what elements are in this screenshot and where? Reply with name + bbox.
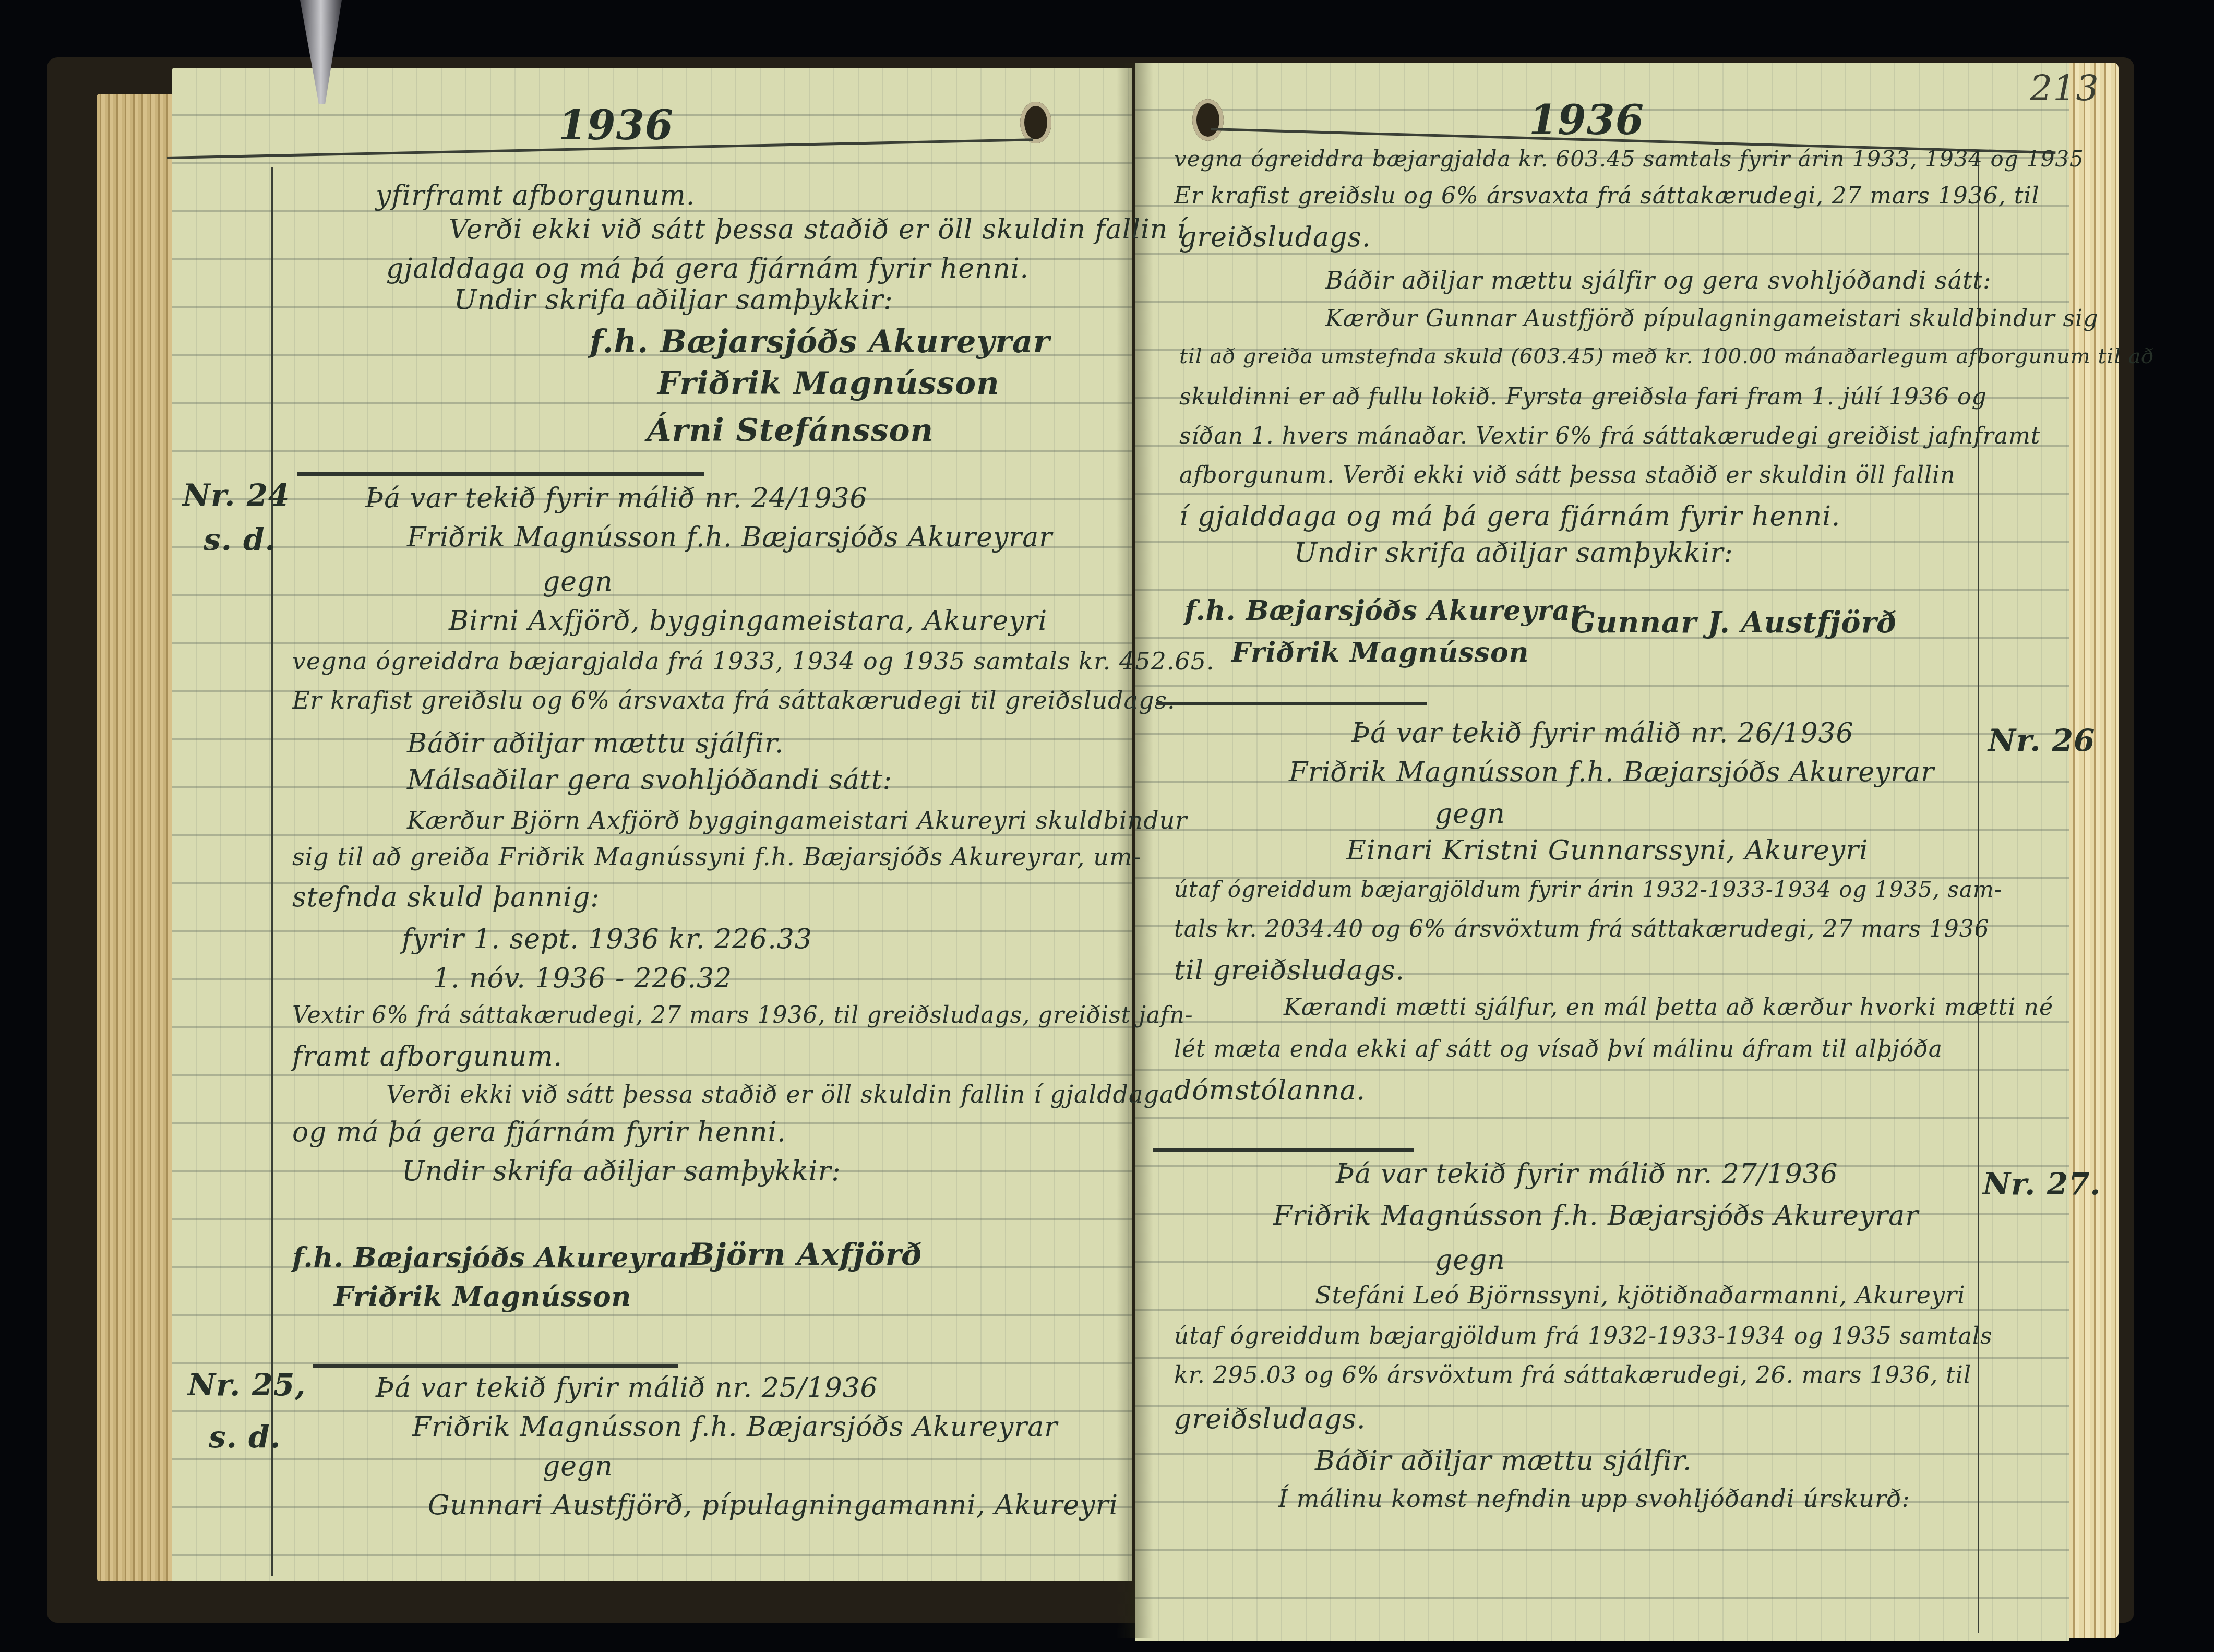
case-defendant: Birni Axfjörð, byggingameistara, Akureyr…: [449, 605, 1047, 637]
margin-same-date: s. d.: [209, 1419, 281, 1455]
case-defendant: Gunnari Austfjörð, pípulagningamanni, Ak…: [428, 1490, 1118, 1521]
right-line: Kærður Gunnar Austfjörð pípulagningameis…: [1325, 305, 2098, 332]
case-plaintiff: Friðrik Magnússon f.h. Bæjarsjóðs Akurey…: [1289, 757, 1934, 788]
case-heading: Þá var tekið fyrir málið nr. 27/1936: [1336, 1158, 1838, 1190]
left-line: Verði ekki við sátt þessa staðið er öll …: [449, 214, 1186, 245]
case-separator: [297, 472, 704, 476]
case-text-line: framt afborgunum.: [292, 1041, 563, 1072]
signature-line: Friðrik Magnússon: [334, 1281, 631, 1313]
right-line: í gjalddaga og má þá gera fjárnám fyrir …: [1179, 501, 1840, 532]
left-year-heading: 1936: [558, 102, 674, 149]
signature-line: Árni Stefánsson: [647, 412, 934, 449]
case-heading: Þá var tekið fyrir málið nr. 25/1936: [376, 1372, 878, 1404]
margin-case-number: Nr. 26: [1988, 723, 2095, 758]
case-text-line: dómstólanna.: [1174, 1075, 1366, 1106]
case-text-line: Verði ekki við sátt þessa staðið er öll …: [386, 1080, 1174, 1108]
gegn-label: gegn: [1435, 798, 1505, 830]
case-text-line: sig til að greiða Friðrik Magnússyni f.h…: [292, 843, 1141, 871]
punch-hole-left: [1020, 102, 1051, 143]
case-text-line: tals kr. 2034.40 og 6% ársvöxtum frá sát…: [1174, 916, 1990, 942]
signature-line: Gunnar J. Austfjörð: [1571, 605, 1897, 640]
case-text-line: stefnda skuld þannig:: [292, 882, 600, 913]
left-page-edges: [97, 94, 175, 1581]
case-defendant: Einari Kristni Gunnarssyni, Akureyri: [1346, 835, 1869, 866]
payment-line: 1. nóv. 1936 - 226.32: [433, 963, 732, 994]
punch-hole-right: [1192, 99, 1224, 141]
margin-case-number: Nr. 25,: [188, 1367, 306, 1403]
signature-line: f.h. Bæjarsjóðs Akureyrar: [590, 324, 1050, 360]
case-text-line: Báðir aðiljar mættu sjálfir.: [1315, 1445, 1692, 1477]
case-text-line: og má þá gera fjárnám fyrir henni.: [292, 1117, 786, 1148]
page-number: 213: [2030, 68, 2099, 109]
case-text-line: útaf ógreiddum bæjargjöldum fyrir árin 1…: [1174, 877, 2002, 902]
case-text-line: til greiðsludags.: [1174, 955, 1405, 986]
case-separator: [1153, 1148, 1414, 1152]
right-line: Báðir aðiljar mættu sjálfir og gera svoh…: [1325, 266, 1992, 294]
case-text-line: Í málinu komst nefndin upp svohljóðandi …: [1278, 1485, 1910, 1513]
right-line: afborgunum. Verði ekki við sátt þessa st…: [1179, 462, 1956, 488]
right-line: til að greiða umstefnda skuld (603.45) m…: [1179, 344, 2155, 368]
margin-case-number: Nr. 27.: [1983, 1166, 2101, 1202]
case-heading: Þá var tekið fyrir málið nr. 26/1936: [1351, 717, 1854, 749]
case-text-line: Kærður Björn Axfjörð byggingameistari Ak…: [407, 806, 1187, 834]
left-line: gjalddaga og má þá gera fjárnám fyrir he…: [386, 253, 1029, 284]
signature-line: f.h. Bæjarsjóðs Akureyrar: [1184, 595, 1585, 627]
case-text-line: útaf ógreiddum bæjargjöldum frá 1932-193…: [1174, 1323, 1993, 1349]
margin-same-date: s. d.: [204, 522, 276, 557]
right-page-edges: [2069, 63, 2119, 1638]
left-line: yfirframt afborgunum.: [376, 180, 695, 211]
case-heading: Þá var tekið fyrir málið nr. 24/1936: [365, 483, 868, 514]
case-text-line: vegna ógreiddra bæjargjalda frá 1933, 19…: [292, 647, 1215, 675]
case-text-line: Kærandi mætti sjálfur, en mál þetta að k…: [1284, 994, 2053, 1021]
right-line: Undir skrifa aðiljar samþykkir:: [1294, 537, 1733, 569]
right-line: síðan 1. hvers mánaðar. Vextir 6% frá sá…: [1179, 423, 2040, 449]
gegn-label: gegn: [543, 566, 613, 597]
right-line: Er krafist greiðslu og 6% ársvaxta frá s…: [1174, 183, 2040, 209]
right-line: skuldinni er að fullu lokið. Fyrsta grei…: [1179, 384, 1987, 410]
left-line: Undir skrifa aðiljar samþykkir:: [454, 284, 893, 316]
signature-line: Friðrik Magnússon: [657, 365, 1000, 402]
case-separator: [313, 1364, 678, 1368]
case-plaintiff: Friðrik Magnússon f.h. Bæjarsjóðs Akurey…: [407, 522, 1052, 553]
case-plaintiff: Friðrik Magnússon f.h. Bæjarsjóðs Akurey…: [412, 1411, 1058, 1443]
case-text-line: Undir skrifa aðiljar samþykkir:: [402, 1156, 841, 1187]
case-text-line: Báðir aðiljar mættu sjálfir.: [407, 728, 784, 759]
right-line: greiðsludags.: [1179, 222, 1371, 253]
case-separator: [1156, 702, 1427, 705]
case-plaintiff: Friðrik Magnússon f.h. Bæjarsjóðs Akurey…: [1273, 1200, 1919, 1231]
case-defendant: Stefáni Leó Björnssyni, kjötiðnaðarmanni…: [1315, 1281, 1966, 1309]
signature-line: Friðrik Magnússon: [1231, 637, 1529, 668]
payment-line: fyrir 1. sept. 1936 kr. 226.33: [402, 924, 812, 955]
case-text-line: greiðsludags.: [1174, 1404, 1366, 1435]
margin-case-number: Nr. 24: [183, 477, 290, 513]
case-text-line: Er krafist greiðslu og 6% ársvaxta frá s…: [292, 686, 1176, 714]
right-year-heading: 1936: [1529, 97, 1644, 144]
signature-line: f.h. Bæjarsjóðs Akureyrar: [292, 1242, 693, 1274]
gegn-label: gegn: [543, 1451, 613, 1482]
case-text-line: kr. 295.03 og 6% ársvöxtum frá sáttakæru…: [1174, 1362, 1971, 1388]
left-margin-line: [271, 167, 273, 1576]
case-text-line: Málsaðilar gera svohljóðandi sátt:: [407, 764, 892, 796]
signature-line: Björn Axfjörð: [689, 1237, 923, 1272]
case-text-line: Vextir 6% frá sáttakærudegi, 27 mars 193…: [292, 1002, 1193, 1028]
gegn-label: gegn: [1435, 1244, 1505, 1276]
case-text-line: lét mæta enda ekki af sátt og vísað því …: [1174, 1036, 1943, 1062]
right-line: vegna ógreiddra bæjargjalda kr. 603.45 s…: [1174, 146, 2084, 172]
